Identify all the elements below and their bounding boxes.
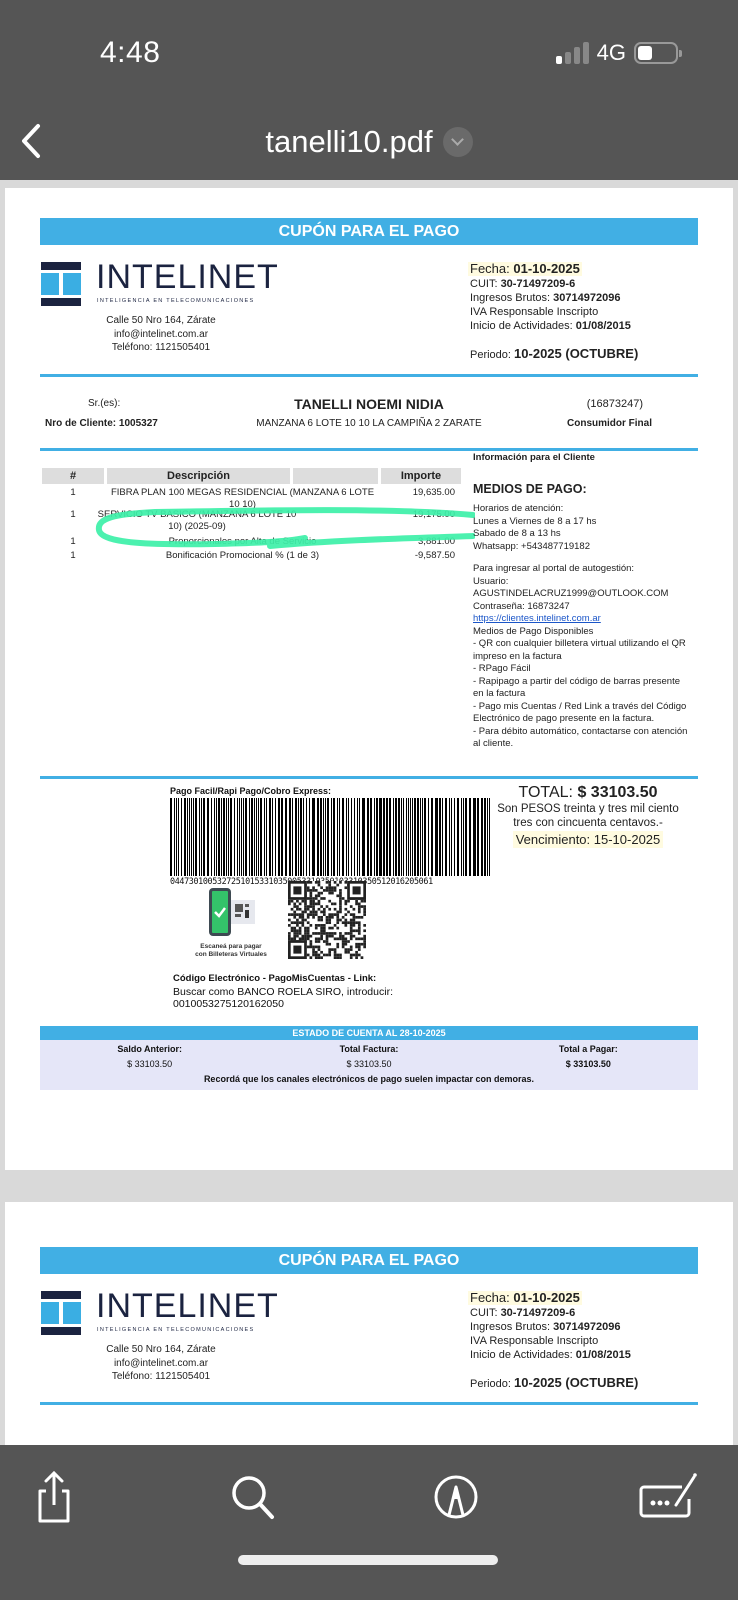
inicio-actividades: Inicio de Actividades: 01/08/2015 — [470, 319, 638, 333]
items-header: # Descripción Importe — [42, 468, 462, 484]
client-info-title: Información para el Cliente — [473, 452, 691, 465]
fill-sign-button[interactable] — [638, 1469, 710, 1525]
chevron-down-icon[interactable] — [443, 127, 473, 157]
logo-wordmark: INTELINET — [96, 258, 279, 297]
statement-title: ESTADO DE CUENTA AL 28-10-2025 — [40, 1026, 698, 1040]
document-title: tanelli10.pdf — [265, 124, 432, 160]
intelinet-logo-icon — [41, 262, 81, 306]
signature-icon — [638, 1469, 710, 1525]
share-icon — [26, 1469, 82, 1525]
portal-password: Contraseña: 16873247 — [473, 601, 691, 614]
items-table: # Descripción Importe 1 FIBRA PLAN 100 M… — [42, 468, 462, 564]
divider — [40, 448, 698, 451]
company-phone: Teléfono: 1121505401 — [96, 341, 226, 355]
iva-condition: IVA Responsable Inscripto — [470, 305, 638, 319]
total-block: TOTAL: $ 33103.50 Son PESOS treinta y tr… — [495, 784, 681, 849]
periodo: Periodo: 10-2025 (OCTUBRE) — [470, 347, 638, 362]
battery-icon — [634, 42, 678, 64]
customer-block: Sr.(es): Nro de Cliente: 1005327 TANELLI… — [40, 396, 698, 436]
status-time: 4:48 — [100, 36, 160, 70]
markup-pen-icon — [428, 1469, 484, 1525]
divider — [40, 776, 698, 779]
table-row: 1 SERVICIO TV BASICO (MANZANA 6 LOTE 10 … — [42, 509, 462, 536]
divider — [40, 1402, 698, 1405]
total-a-pagar: Total a Pagar:$ 33103.50 — [479, 1040, 698, 1069]
signal-icon — [556, 42, 589, 64]
document-title-button[interactable]: tanelli10.pdf — [0, 122, 738, 160]
qr-code — [288, 881, 366, 959]
barcode-image — [170, 798, 492, 876]
total-words: Son PESOS treinta y tres mil ciento tres… — [495, 802, 681, 830]
divider — [40, 374, 698, 377]
logo-tagline: INTELIGENCIA EN TELECOMUNICACIONES — [97, 298, 254, 304]
search-icon — [226, 1469, 282, 1525]
bottom-toolbar — [0, 1445, 738, 1600]
barcode-label: Pago Facil/Rapi Pago/Cobro Express: — [170, 786, 492, 796]
wallet-caption: Escaneá para pagar con Billeteras Virtua… — [195, 943, 267, 959]
coupon-title: CUPÓN PARA EL PAGO — [40, 218, 698, 245]
nav-bar: tanelli10.pdf — [0, 110, 738, 185]
intelinet-logo-icon — [41, 1291, 81, 1335]
portal-username: AGUSTINDELACRUZ1999@OUTLOOK.COM — [473, 588, 691, 601]
client-info: Información para el Cliente MEDIOS DE PA… — [473, 452, 691, 751]
pdf-viewer[interactable]: CUPÓN PARA EL PAGO INTELINET INTELIGENCI… — [0, 180, 738, 1445]
company-address: Calle 50 Nro 164, Zárate — [96, 314, 226, 328]
statement-note: Recordá que los canales electrónicos de … — [40, 1074, 698, 1084]
phone-wallet-icon — [201, 888, 261, 940]
status-indicators: 4G — [556, 40, 678, 66]
markup-button[interactable] — [428, 1469, 484, 1525]
table-row: 1 FIBRA PLAN 100 MEGAS RESIDENCIAL (MANZ… — [42, 487, 462, 509]
invoice-info: Fecha: 01-10-2025 CUIT: 30-71497209-6 In… — [470, 262, 638, 362]
payment-code: 0010053275120162050 — [173, 998, 393, 1011]
invoice-date: Fecha: 01-10-2025 — [468, 262, 582, 276]
total-factura: Total Factura:$ 33103.50 — [259, 1040, 478, 1069]
company-contact: Calle 50 Nro 164, Zárate info@intelinet.… — [96, 314, 226, 355]
total-amount: $ 33103.50 — [577, 784, 657, 801]
barcode-block: Pago Facil/Rapi Pago/Cobro Express: 0447… — [170, 786, 492, 886]
search-button[interactable] — [226, 1469, 282, 1525]
coupon-title: CUPÓN PARA EL PAGO — [40, 1247, 698, 1274]
wallet-block: Escaneá para pagar con Billeteras Virtua… — [195, 888, 267, 959]
pdf-page-1: CUPÓN PARA EL PAGO INTELINET INTELIGENCI… — [5, 188, 733, 1170]
company-email: info@intelinet.com.ar — [96, 328, 226, 342]
tax-condition: Consumidor Final — [567, 418, 652, 429]
table-row: 1 Bonificación Promocional % (1 de 3) -9… — [42, 550, 462, 564]
pdf-page-2: CUPÓN PARA EL PAGO INTELINET INTELIGENCI… — [5, 1202, 733, 1445]
medios-title: MEDIOS DE PAGO: — [473, 483, 691, 496]
saldo-anterior: Saldo Anterior:$ 33103.50 — [40, 1040, 259, 1069]
due-date: Vencimiento: 15-10-2025 — [513, 831, 664, 848]
status-bar: 4:48 4G — [0, 0, 738, 110]
codigo-electronico: Código Electrónico - PagoMisCuentas - Li… — [173, 973, 393, 1011]
portal-link[interactable]: https://clientes.intelinet.com.ar — [473, 613, 601, 624]
customer-dni: (16873247) — [587, 398, 643, 410]
invoice-info: Fecha: 01-10-2025 CUIT: 30-71497209-6 In… — [470, 1291, 638, 1391]
account-statement: ESTADO DE CUENTA AL 28-10-2025 Saldo Ant… — [40, 1026, 698, 1090]
network-type: 4G — [597, 40, 626, 66]
ingresos-brutos: Ingresos Brutos: 30714972096 — [470, 291, 638, 305]
home-indicator[interactable] — [238, 1555, 498, 1565]
share-button[interactable] — [26, 1469, 82, 1525]
table-row: 1 Proporcionales por Alta de Servicio 3,… — [42, 536, 462, 550]
cuit: CUIT: 30-71497209-6 — [470, 277, 638, 291]
